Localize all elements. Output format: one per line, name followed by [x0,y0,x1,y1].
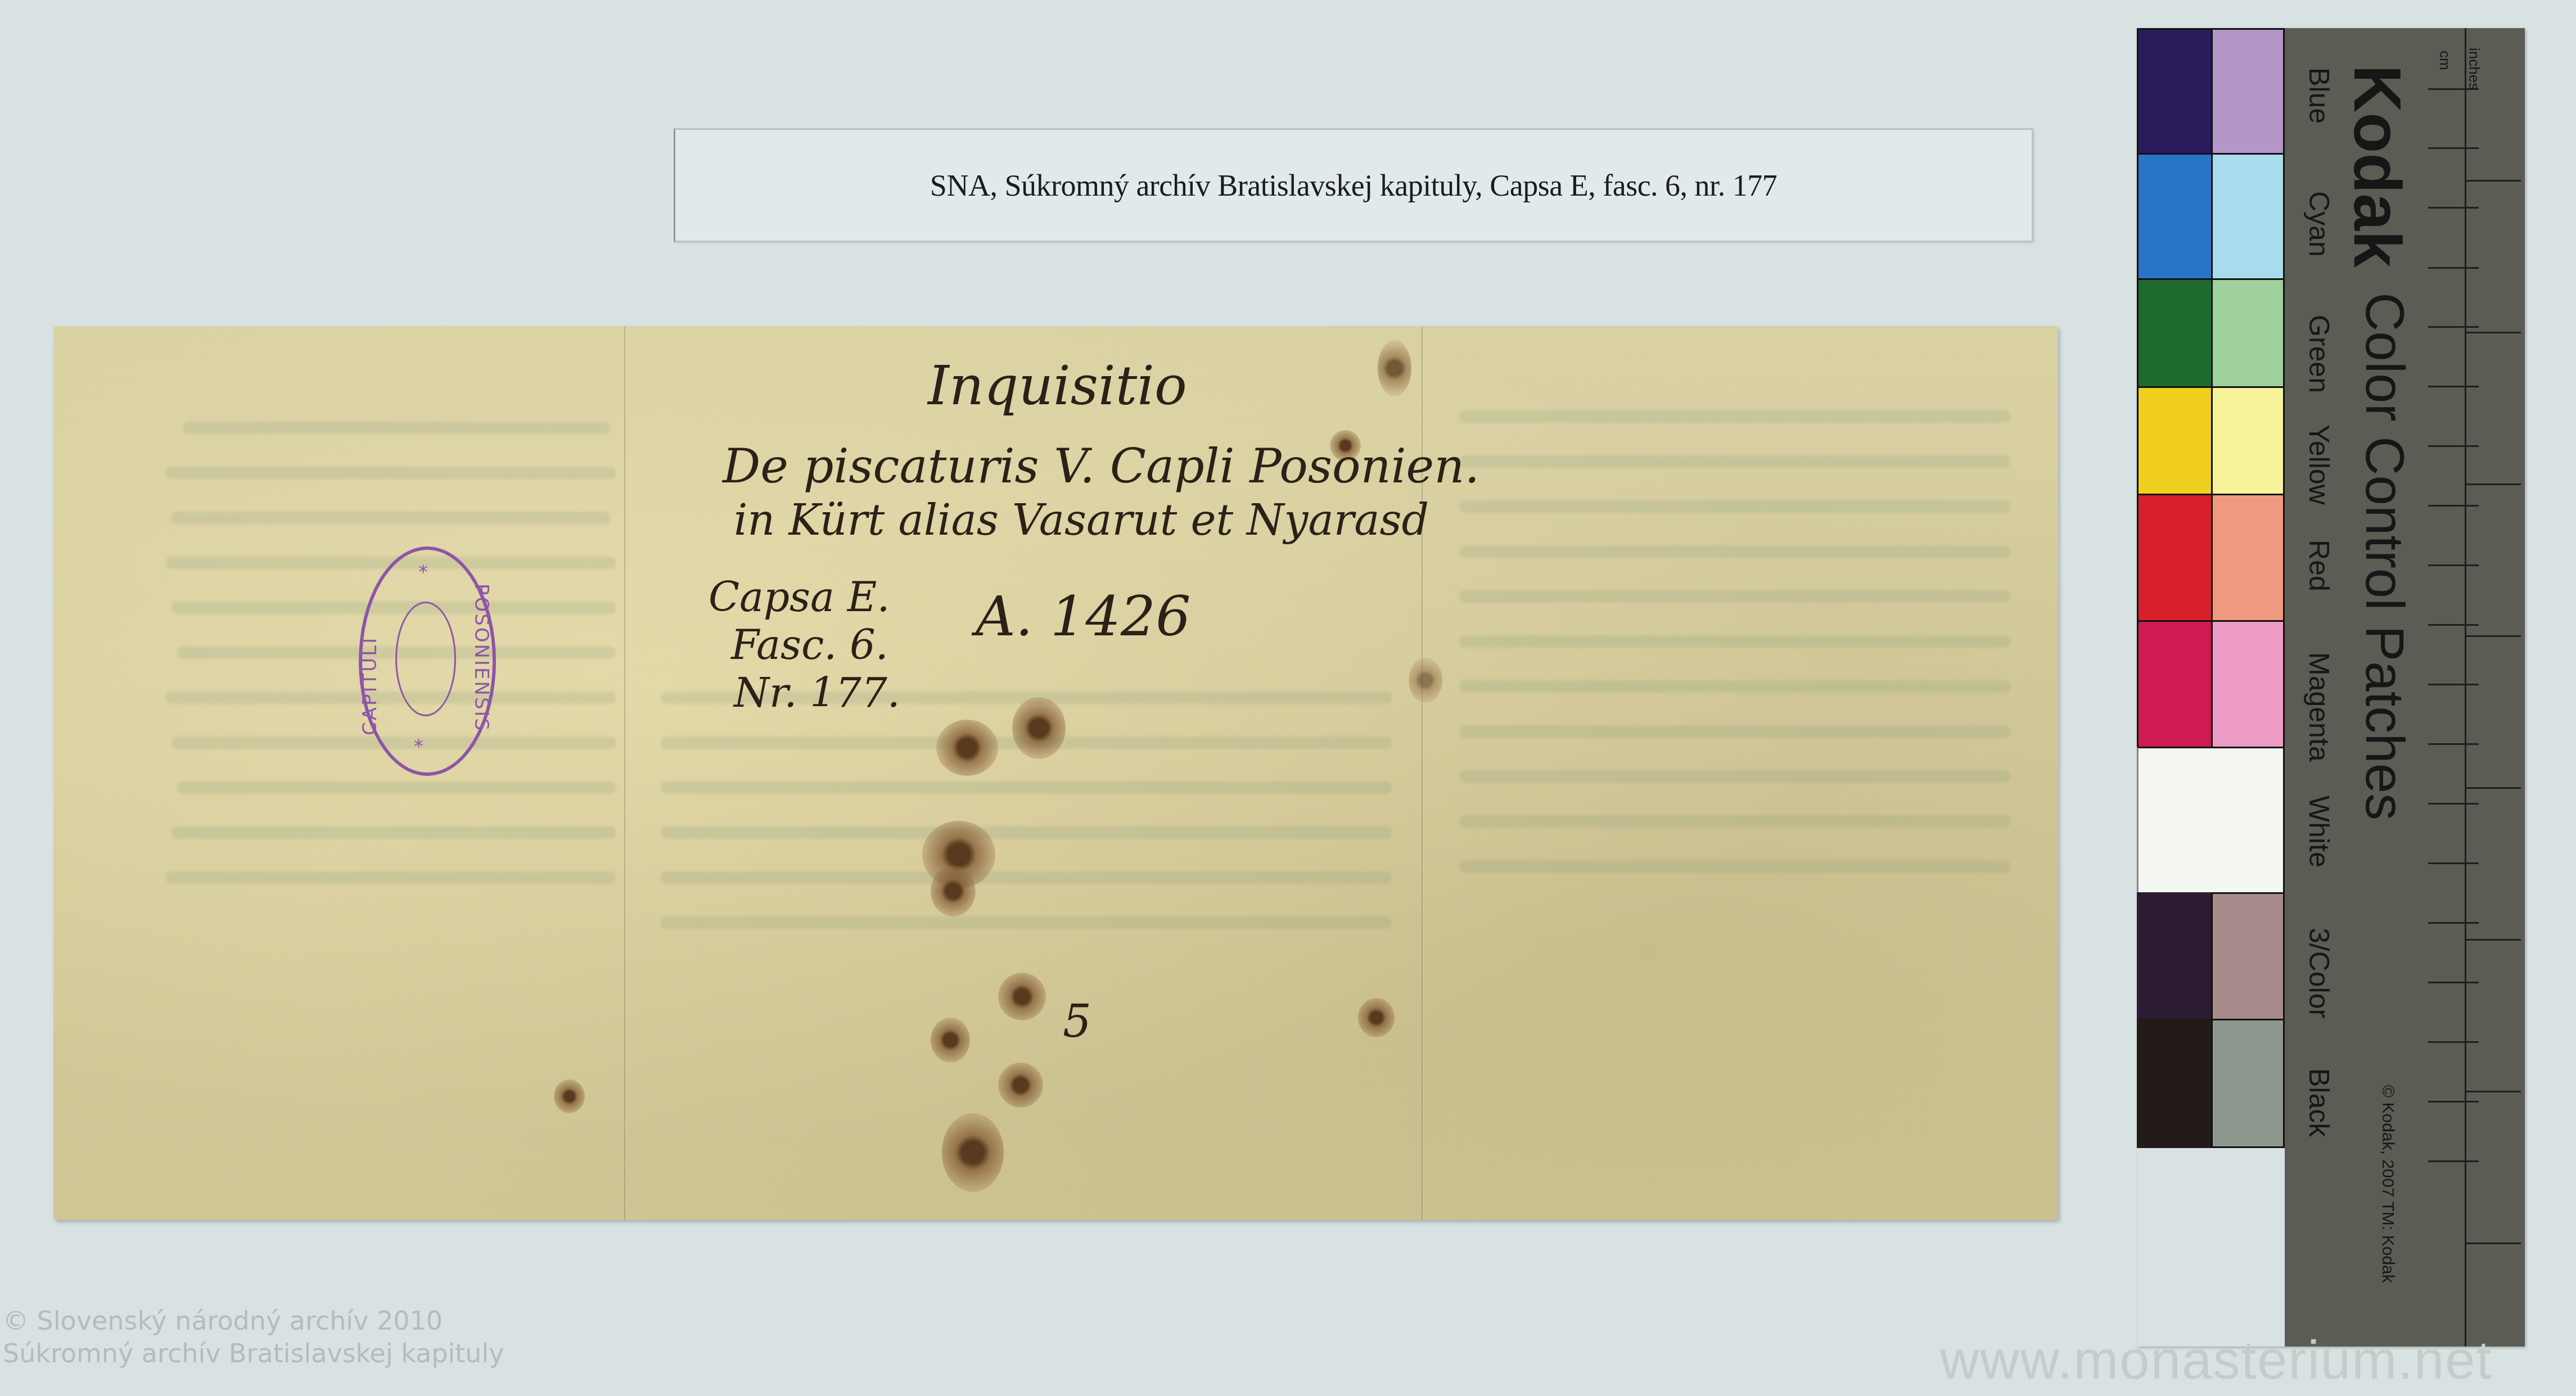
label-magenta: Magenta [2303,652,2335,762]
label-blue: Blue [2303,67,2335,124]
ruler-cm-label: cm [2436,51,2453,70]
kodak-color-control-strip: Kodak Color Control Patches cm inches © … [2137,28,2525,1347]
label-white: White [2303,796,2335,868]
stamp-ornament-bottom: * [414,735,425,758]
patch-green-light [2211,278,2285,388]
patch-blue-dark [2137,28,2213,155]
patch-magenta-dark [2137,620,2213,748]
patch-green-dark [2137,278,2213,388]
ruler-inches-label: inches [2465,48,2483,90]
patch-blue-light [2211,28,2285,155]
patch-3color-dark [2137,892,2213,1020]
kodak-brand: Kodak [2339,65,2415,268]
label-green: Green [2303,315,2335,393]
site-watermark: www.monasterium.net [1940,1330,2492,1392]
stamp-ornament-top: * [418,561,430,584]
label-red: Red [2303,540,2335,591]
label-cyan: Cyan [2303,191,2335,257]
kodak-ruler: Kodak Color Control Patches cm inches © … [2285,28,2525,1347]
handwritten-line-1: De piscaturis V. Capli Posonien. [723,439,1479,494]
handwritten-line-2: in Kürt alias Vasarut et Nyarasd [734,495,1429,545]
patch-black-light [2211,1019,2285,1148]
manuscript-document: Inquisitio De piscaturis V. Capli Posoni… [53,326,2058,1220]
patch-black-dark [2137,1019,2213,1148]
copyright-line-1: © Slovenský národný archív 2010 [3,1304,504,1337]
kodak-copyright: © Kodak, 2007 TM: Kodak [2378,1085,2397,1283]
label-black: Black [2303,1068,2335,1137]
handwritten-year: A. 1426 [976,585,1190,649]
chapter-stamp: CAPITULI POSONIENSIS * * [359,546,496,776]
patch-red-light [2211,494,2285,622]
handwritten-nr: Nr. 177. [734,669,900,716]
kodak-title: Color Control Patches [2353,292,2415,820]
fold-line-left [624,326,626,1220]
patch-yellow-dark [2137,386,2213,495]
patch-yellow-light [2211,386,2285,495]
patch-cyan-dark [2137,153,2213,280]
stamp-top-text: CAPITULI [359,636,381,735]
handwritten-fasc: Fasc. 6. [731,621,888,668]
label-yellow: Yellow [2303,424,2335,505]
label-3color: 3/Color [2303,928,2335,1018]
archival-label: SNA, Súkromný archív Bratislavskej kapit… [674,128,2033,242]
patch-white [2137,747,2285,894]
handwritten-title: Inquisitio [928,354,1187,417]
archival-label-text: SNA, Súkromný archív Bratislavskej kapit… [930,168,1777,203]
stamp-bottom-text: POSONIENSIS [470,584,493,732]
patch-red-dark [2137,494,2213,622]
stamp-inner-ring [395,602,456,716]
archive-copyright: © Slovenský národný archív 2010 Súkromný… [3,1304,504,1370]
patch-3color-light [2211,892,2285,1020]
copyright-line-2: Súkromný archív Bratislavskej kapituly [3,1337,504,1370]
patch-cyan-light [2211,153,2285,280]
ruler-center-line [2465,28,2466,1347]
patch-magenta-light [2211,620,2285,748]
handwritten-folio-number: 5 [1063,995,1091,1047]
handwritten-capsa: Capsa E. [709,573,890,621]
